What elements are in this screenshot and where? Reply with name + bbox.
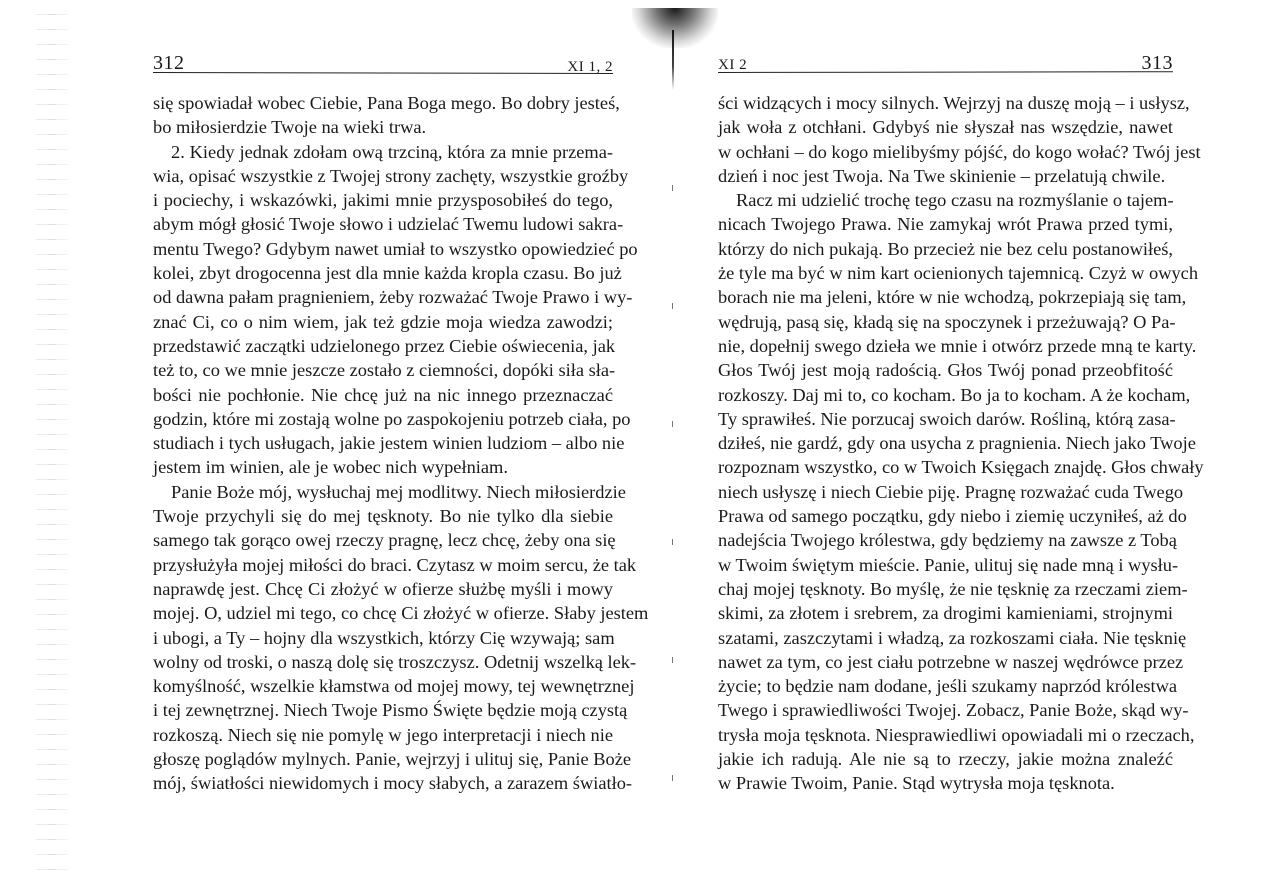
text-line: bo miłosierdzie Twoje na wieki trwa. [153, 115, 613, 139]
text-line: kolei, zbyt drogocenna jest dla mnie każ… [153, 261, 613, 285]
book-spread: 312 XI 1, 2 się spowiadał wobec Ciebie, … [0, 0, 1262, 894]
text-line: chaj mojej tęsknoty. Bo myślę, że nie tę… [718, 577, 1173, 601]
text-line: dziłeś, nie gardź, gdy ona usycha z prag… [718, 431, 1173, 455]
page-body: się spowiadał wobec Ciebie, Pana Boga me… [153, 91, 613, 796]
text-line: rozpoznam wszystko, co w Twoich Księgach… [718, 455, 1173, 479]
text-line: nicach Twojego Prawa. Nie zamykaj wrót P… [718, 212, 1173, 236]
text-line: życie; to będzie nam dodane, jeśli szuka… [718, 674, 1173, 698]
text-line: że tyle ma być w nim kart ocienionych ta… [718, 261, 1173, 285]
text-line: Ty sprawiłeś. Nie porzucaj swoich darów.… [718, 407, 1173, 431]
text-line: naprawdę jest. Chcę Ci złożyć w ofierze … [153, 577, 613, 601]
text-line: jak woła z otchłani. Gdybyś nie słyszał … [718, 115, 1173, 139]
text-line: w Twoim świętym mieście. Panie, ulituj s… [718, 553, 1173, 577]
text-line: też to, co we mnie jeszcze zostało z cie… [153, 358, 613, 382]
text-line: wia, opisać wszystkie z Twojej strony za… [153, 164, 613, 188]
text-line: mojej. O, udziel mi tego, co chcę Ci zło… [153, 601, 613, 625]
binding-gutter [672, 30, 674, 90]
page-number: 312 [153, 52, 185, 74]
text-line: borach nie ma jeleni, które w nie wchodz… [718, 285, 1173, 309]
text-line: szatami, zaszczytami i władzą, za rozkos… [718, 626, 1173, 650]
text-line: jestem im winien, ale je wobec nich wype… [153, 455, 613, 479]
text-line: jakie ich radują. Ale nie są to rzeczy, … [718, 747, 1173, 771]
text-line: rozkoszy. Daj mi to, co kocham. Bo ja to… [718, 383, 1173, 407]
text-line: mój, światłości niewidomych i mocy słaby… [153, 771, 613, 795]
running-head: XI 2 313 [718, 44, 1173, 74]
text-line: abym mógł głosić Twoje słowo i udzielać … [153, 212, 613, 236]
running-head: 312 XI 1, 2 [153, 44, 613, 74]
text-line: rozkoszą. Niech się nie pomylę w jego in… [153, 723, 613, 747]
text-line: komyślność, wszelkie kłamstwa od mojej m… [153, 674, 613, 698]
text-line: znać Ci, co o nim wiem, jak też gdzie mo… [153, 310, 613, 334]
text-line: studiach i tych usługach, jakie jestem w… [153, 431, 613, 455]
text-line: trysła moja tęsknota. Niesprawiedliwi op… [718, 723, 1173, 747]
text-line: wolny od troski, o naszą dolę się troszc… [153, 650, 613, 674]
text-line: w ochłani – do kogo mielibyśmy pójść, do… [718, 140, 1173, 164]
text-line: przysłużyła mojej miłości do braci. Czyt… [153, 553, 613, 577]
text-line: od dawna pałam pragnieniem, żeby rozważa… [153, 285, 613, 309]
page-body: ści widzących i mocy silnych. Wejrzyj na… [718, 91, 1173, 796]
text-line: i ubogi, a Ty – hojny dla wszystkich, kt… [153, 626, 613, 650]
text-line: przedstawić zaczątki udzielonego przez C… [153, 334, 613, 358]
text-line: niech usłyszę i niech Ciebie piję. Pragn… [718, 480, 1173, 504]
gutter-specks [672, 95, 673, 875]
text-line: ści widzących i mocy silnych. Wejrzyj na… [718, 91, 1173, 115]
text-line: Twego i sprawiedliwości Twojej. Zobacz, … [718, 698, 1173, 722]
scan-edge-noise [48, 8, 68, 878]
text-line: 2. Kiedy jednak zdołam ową trzciną, któr… [153, 140, 613, 164]
text-line: i tej zewnętrznej. Niech Twoje Pismo Świ… [153, 698, 613, 722]
text-line: nawet za tym, co jest ciału potrzebne w … [718, 650, 1173, 674]
text-line: głoszę poglądów mylnych. Panie, wejrzyj … [153, 747, 613, 771]
binding-shadow [632, 8, 718, 48]
text-line: mentu Twego? Gdybym nawet umiał to wszys… [153, 237, 613, 261]
text-line: nadejścia Twojego królestwa, gdy będziem… [718, 528, 1173, 552]
text-line: Racz mi udzielić trochę tego czasu na ro… [718, 188, 1173, 212]
text-line: bości nie pochłonie. Nie chcę już na nic… [153, 383, 613, 407]
text-line: się spowiadał wobec Ciebie, Pana Boga me… [153, 91, 613, 115]
text-line: godzin, które mi zostają wolne po zaspok… [153, 407, 613, 431]
text-line: którzy do nich pukają. Bo przecież nie b… [718, 237, 1173, 261]
text-line: Prawa od samego początku, gdy niebo i zi… [718, 504, 1173, 528]
text-line: w Prawie Twoim, Panie. Stąd wytrysła moj… [718, 771, 1173, 795]
text-line: Panie Boże mój, wysłuchaj mej modlitwy. … [153, 480, 613, 504]
text-line: Twoje przychyli się do mej tęsknoty. Bo … [153, 504, 613, 528]
text-line: wędrują, pasą się, kładą się na spoczyne… [718, 310, 1173, 334]
text-line: Głos Twój jest moją radością. Głos Twój … [718, 358, 1173, 382]
text-line: samego tak gorąco owej rzeczy pragnę, le… [153, 528, 613, 552]
text-line: i pociechy, i wskazówki, jakimi mnie prz… [153, 188, 613, 212]
text-line: skimi, za złotem i srebrem, za drogimi k… [718, 601, 1173, 625]
text-line: nie, dopełnij swego dzieła we mnie i otw… [718, 334, 1173, 358]
text-line: dzień i noc jest Twoja. Na Twe skinienie… [718, 164, 1173, 188]
